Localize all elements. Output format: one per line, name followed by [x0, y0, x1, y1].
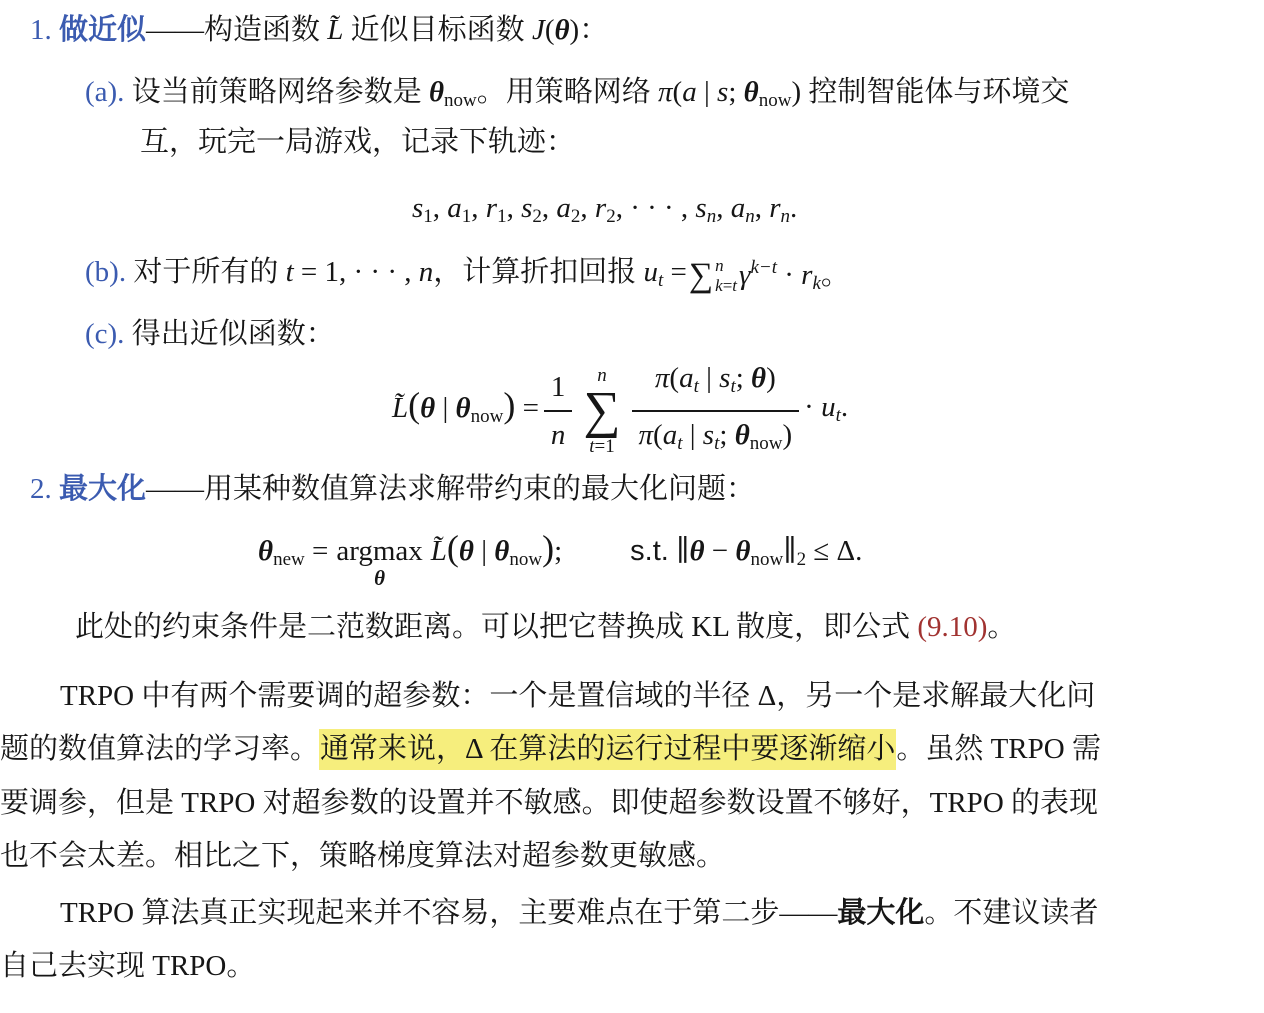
text-run: , — [755, 192, 770, 224]
text-run: ( — [669, 362, 679, 394]
text-run: ) — [542, 528, 554, 568]
text-run: L̃ — [431, 535, 447, 567]
text-run: = — [723, 276, 733, 295]
text-run: ∥ — [783, 535, 796, 567]
text-run: ; — [728, 76, 743, 108]
text-run: 1 — [462, 206, 472, 227]
text-run: s — [695, 192, 706, 224]
text-run: 1 — [551, 371, 566, 403]
list-item-2-heading: 2. 最大化——用某种数值算法求解带约束的最大化问题： — [30, 469, 755, 509]
paragraph-trpo-line4: 也不会太差。相比之下，策略梯度算法对超参数更敏感。 — [0, 836, 725, 876]
text-run: (a). — [85, 76, 124, 108]
text-run: 对于所有的 — [126, 256, 286, 288]
text-run: t — [732, 276, 737, 295]
text-run: 1 — [497, 206, 507, 227]
text-run: n — [745, 206, 755, 227]
text-run: 自己去实现 TRPO。 — [0, 950, 255, 982]
formula-L-definition: L̃(θ | θnow) = 1 n n ∑ t=1 π(at | st; θ)… — [392, 358, 848, 464]
fraction-denominator: π(at | st; θnow) — [632, 412, 800, 464]
text-run: a — [556, 192, 571, 224]
text-run: · — [804, 391, 821, 423]
text-run: 最大化 — [837, 897, 924, 929]
text-run: = 1, · · · , — [294, 256, 419, 288]
text-run: k−t — [750, 257, 777, 278]
text-run: u — [821, 391, 836, 423]
text-run: 做近似 — [59, 14, 146, 46]
text-run: 2 — [797, 549, 807, 570]
text-run: 2 — [606, 206, 616, 227]
text-run: n — [419, 256, 434, 288]
text-run: 近似目标函数 — [343, 14, 532, 46]
paragraph-constraint-note: 此处的约束条件是二范数距离。可以把它替换成 KL 散度，即公式 (9.10)。 — [75, 607, 1016, 647]
text-run: | — [474, 535, 494, 567]
text-run: ( — [408, 385, 420, 425]
text-run: θ — [554, 14, 569, 46]
text-run: s — [521, 192, 532, 224]
formula-rhs: · ut. — [804, 387, 848, 436]
text-run: · — [777, 259, 801, 291]
text-run: 。不建议读者 — [924, 897, 1098, 929]
text-run: ) — [503, 385, 515, 425]
text-run: now — [444, 90, 477, 111]
text-run: θ — [420, 392, 435, 424]
text-run: θ — [429, 76, 444, 108]
text-run: L̃ — [327, 14, 343, 46]
paragraph-implement-line2: 自己去实现 TRPO。 — [0, 946, 255, 986]
text-run: ; — [719, 419, 734, 451]
formula-constraint: s.t. ∥θ − θnow∥2 ≤ Δ. — [630, 531, 862, 580]
text-run: ; — [554, 535, 562, 567]
fraction-one-over-n: 1 n — [544, 367, 573, 455]
text-run: t — [286, 256, 294, 288]
paragraph-trpo-line3: 要调参，但是 TRPO 对超参数的设置并不敏感。即使超参数设置不够好，TRPO … — [0, 783, 1098, 823]
text-run: k — [715, 276, 723, 295]
text-run: 。 — [821, 259, 850, 291]
highlighted-text: 通常来说，Δ 在算法的运行过程中要逐渐缩小 — [319, 729, 896, 770]
text-run: n — [551, 419, 566, 451]
text-run: θ — [751, 362, 766, 394]
text-run: L̃ — [392, 392, 408, 424]
sum-limits: n k=t — [715, 256, 737, 295]
text-run: = — [663, 256, 687, 288]
sum-lower-limit: t=1 — [589, 437, 615, 456]
text-run: 2 — [532, 206, 542, 227]
text-run: , — [507, 192, 522, 224]
text-run: ： — [579, 14, 608, 46]
text-run: 1 — [423, 206, 433, 227]
text-run: , — [433, 192, 448, 224]
text-run: ——构造函数 — [146, 14, 327, 46]
text-run: n — [781, 206, 791, 227]
step1b-post: γk−t · rk。 — [739, 248, 850, 304]
formula-lhs: L̃(θ | θnow) = — [392, 385, 539, 437]
sum-symbol: ∑ — [583, 385, 620, 437]
text-run: s — [412, 192, 423, 224]
fraction-denominator: n — [544, 412, 573, 455]
text-run: now — [750, 433, 783, 454]
text-run: π — [639, 419, 654, 451]
text-run: θ — [258, 535, 273, 567]
text-run: now — [471, 406, 504, 427]
text-run: θ — [456, 392, 471, 424]
text-run: 。用策略网络 — [477, 76, 658, 108]
list-item-1-heading: 1. 做近似——构造函数 L̃ 近似目标函数 J(θ)： — [30, 10, 608, 50]
text-run: ( — [673, 76, 683, 108]
list-item-1b: (b). 对于所有的 t = 1, · · · , n，计算折扣回报 ut = … — [85, 248, 850, 304]
sum-display: n ∑ t=1 — [583, 366, 620, 456]
argmax-label: argmax — [336, 536, 422, 568]
paragraph-trpo-line1: TRPO 中有两个需要调的超参数：一个是置信域的半径 Δ，另一个是求解最大化问 — [60, 676, 1095, 716]
text-run: k — [812, 273, 820, 294]
formula-trajectory: s1, a1, r1, s2, a2, r2, · · · , sn, an, … — [412, 188, 797, 237]
text-run: θ — [374, 566, 385, 590]
text-run: u — [644, 256, 659, 288]
text-run: ) — [570, 14, 580, 46]
text-run: now — [750, 549, 783, 570]
list-item-1a-line2: 互，玩完一局游戏，记录下轨迹： — [140, 122, 575, 162]
formula-objective: L̃(θ | θnow); — [431, 528, 562, 580]
text-run: ) — [791, 76, 801, 108]
text-run: θ — [735, 535, 750, 567]
text-run: 设当前策略网络参数是 — [124, 76, 429, 108]
text-run: now — [759, 90, 792, 111]
text-run: | — [435, 392, 455, 424]
text-run: , — [716, 192, 731, 224]
text-run: s — [703, 419, 714, 451]
paragraph-implement-line1: TRPO 算法真正实现起来并不容易，主要难点在于第二步——最大化。不建议读者 — [60, 893, 1098, 933]
text-run: now — [509, 549, 542, 570]
text-run: 。 — [987, 611, 1016, 643]
text-run: r — [486, 192, 497, 224]
text-run: (c). — [85, 318, 124, 350]
text-run: 2 — [571, 206, 581, 227]
text-run: ，计算折扣回报 — [433, 256, 643, 288]
text-run: θ — [744, 76, 759, 108]
text-run: − — [705, 535, 736, 567]
text-run: s — [719, 362, 730, 394]
text-run: | — [699, 362, 719, 394]
text-run: 也不会太差。相比之下，策略梯度算法对超参数更敏感。 — [0, 840, 725, 872]
formula-lhs: θnew = — [258, 531, 328, 580]
text-run: , · · · , — [616, 192, 696, 224]
text-run: 2. — [30, 473, 59, 505]
text-run: J — [532, 14, 545, 46]
text-run: = — [515, 392, 539, 424]
text-run: n — [707, 206, 717, 227]
text-run: ( — [447, 528, 459, 568]
paragraph-trpo-line2: 题的数值算法的学习率。通常来说，Δ 在算法的运行过程中要逐渐缩小。虽然 TRPO… — [0, 729, 1101, 769]
text-run: 互，玩完一局游戏，记录下轨迹： — [140, 126, 575, 158]
text-run: , — [542, 192, 557, 224]
text-run: . — [790, 192, 797, 224]
step1b-pre: (b). 对于所有的 t = 1, · · · , n，计算折扣回报 ut = — [85, 252, 687, 301]
text-run: π — [658, 76, 673, 108]
sum-lower-limit: k=t — [715, 276, 737, 296]
text-run: ∥ — [669, 535, 690, 567]
text-run: 得出近似函数： — [124, 318, 334, 350]
text-run: new — [273, 549, 305, 570]
text-run: 1. — [30, 14, 59, 46]
text-run: TRPO 中有两个需要调的超参数：一个是置信域的半径 Δ，另一个是求解最大化问 — [60, 680, 1095, 712]
text-run: = — [305, 535, 329, 567]
sum-symbol: ∑ — [689, 256, 713, 296]
fraction-numerator: π(at | st; θ) — [632, 358, 800, 412]
argmax-operator: argmax θ — [336, 536, 422, 589]
sum-inline: ∑ n k=t — [689, 256, 737, 296]
equation-ref-9-10[interactable]: (9.10) — [917, 611, 987, 643]
text-run: θ — [735, 419, 750, 451]
text-run: , — [580, 192, 595, 224]
text-run: TRPO 算法真正实现起来并不容易，主要难点在于第二步—— — [60, 897, 837, 929]
text-run: r — [595, 192, 606, 224]
text-run: 最大化 — [59, 473, 146, 505]
text-run: r — [769, 192, 780, 224]
text-run: =1 — [594, 436, 614, 457]
text-run: s — [717, 76, 728, 108]
text-run: a — [663, 419, 678, 451]
fraction-numerator: 1 — [544, 367, 573, 412]
text-run: , — [471, 192, 486, 224]
text-run: ( — [653, 419, 663, 451]
text-run: n — [715, 256, 724, 275]
list-item-1a-line1: (a). 设当前策略网络参数是 θnow。用策略网络 π(a | s; θnow… — [85, 72, 1069, 121]
sum-upper-limit: n — [715, 256, 737, 276]
list-item-1c: (c). 得出近似函数： — [85, 314, 335, 354]
text-run: 题的数值算法的学习率。 — [0, 733, 319, 765]
text-run: 此处的约束条件是二范数距离。可以把它替换成 KL 散度，即公式 — [75, 611, 917, 643]
text-run: ) — [782, 419, 792, 451]
text-run: r — [801, 259, 812, 291]
text-run: | — [682, 419, 702, 451]
text-run: π — [655, 362, 670, 394]
text-run: 控制智能体与环境交 — [801, 76, 1069, 108]
text-run: θ — [689, 535, 704, 567]
argmax-limit: θ — [374, 568, 385, 589]
fraction-policy-ratio: π(at | st; θ) π(at | st; θnow) — [632, 358, 800, 464]
text-run: ——用某种数值算法求解带约束的最大化问题： — [146, 473, 755, 505]
text-run: a — [679, 362, 694, 394]
text-run: a — [447, 192, 462, 224]
text-run: γ — [739, 259, 750, 291]
text-run: | — [697, 76, 717, 108]
text-run: a — [682, 76, 697, 108]
text-run: ) — [766, 362, 776, 394]
text-run: s.t. — [630, 535, 669, 567]
text-run: 要调参，但是 TRPO 对超参数的设置并不敏感。即使超参数设置不够好，TRPO … — [0, 787, 1098, 819]
book-page: 1. 做近似——构造函数 L̃ 近似目标函数 J(θ)： (a). 设当前策略网… — [0, 0, 1264, 1013]
text-run: ; — [736, 362, 751, 394]
text-run: θ — [494, 535, 509, 567]
formula-maximization: θnew = argmax θ L̃(θ | θnow); s.t. ∥θ − … — [258, 528, 862, 589]
text-run: ≤ Δ. — [806, 535, 862, 567]
text-run: . — [841, 391, 848, 423]
text-run: θ — [459, 535, 474, 567]
text-run: 。虽然 TRPO 需 — [896, 733, 1101, 765]
text-run: (b). — [85, 256, 126, 288]
text-run: a — [731, 192, 746, 224]
